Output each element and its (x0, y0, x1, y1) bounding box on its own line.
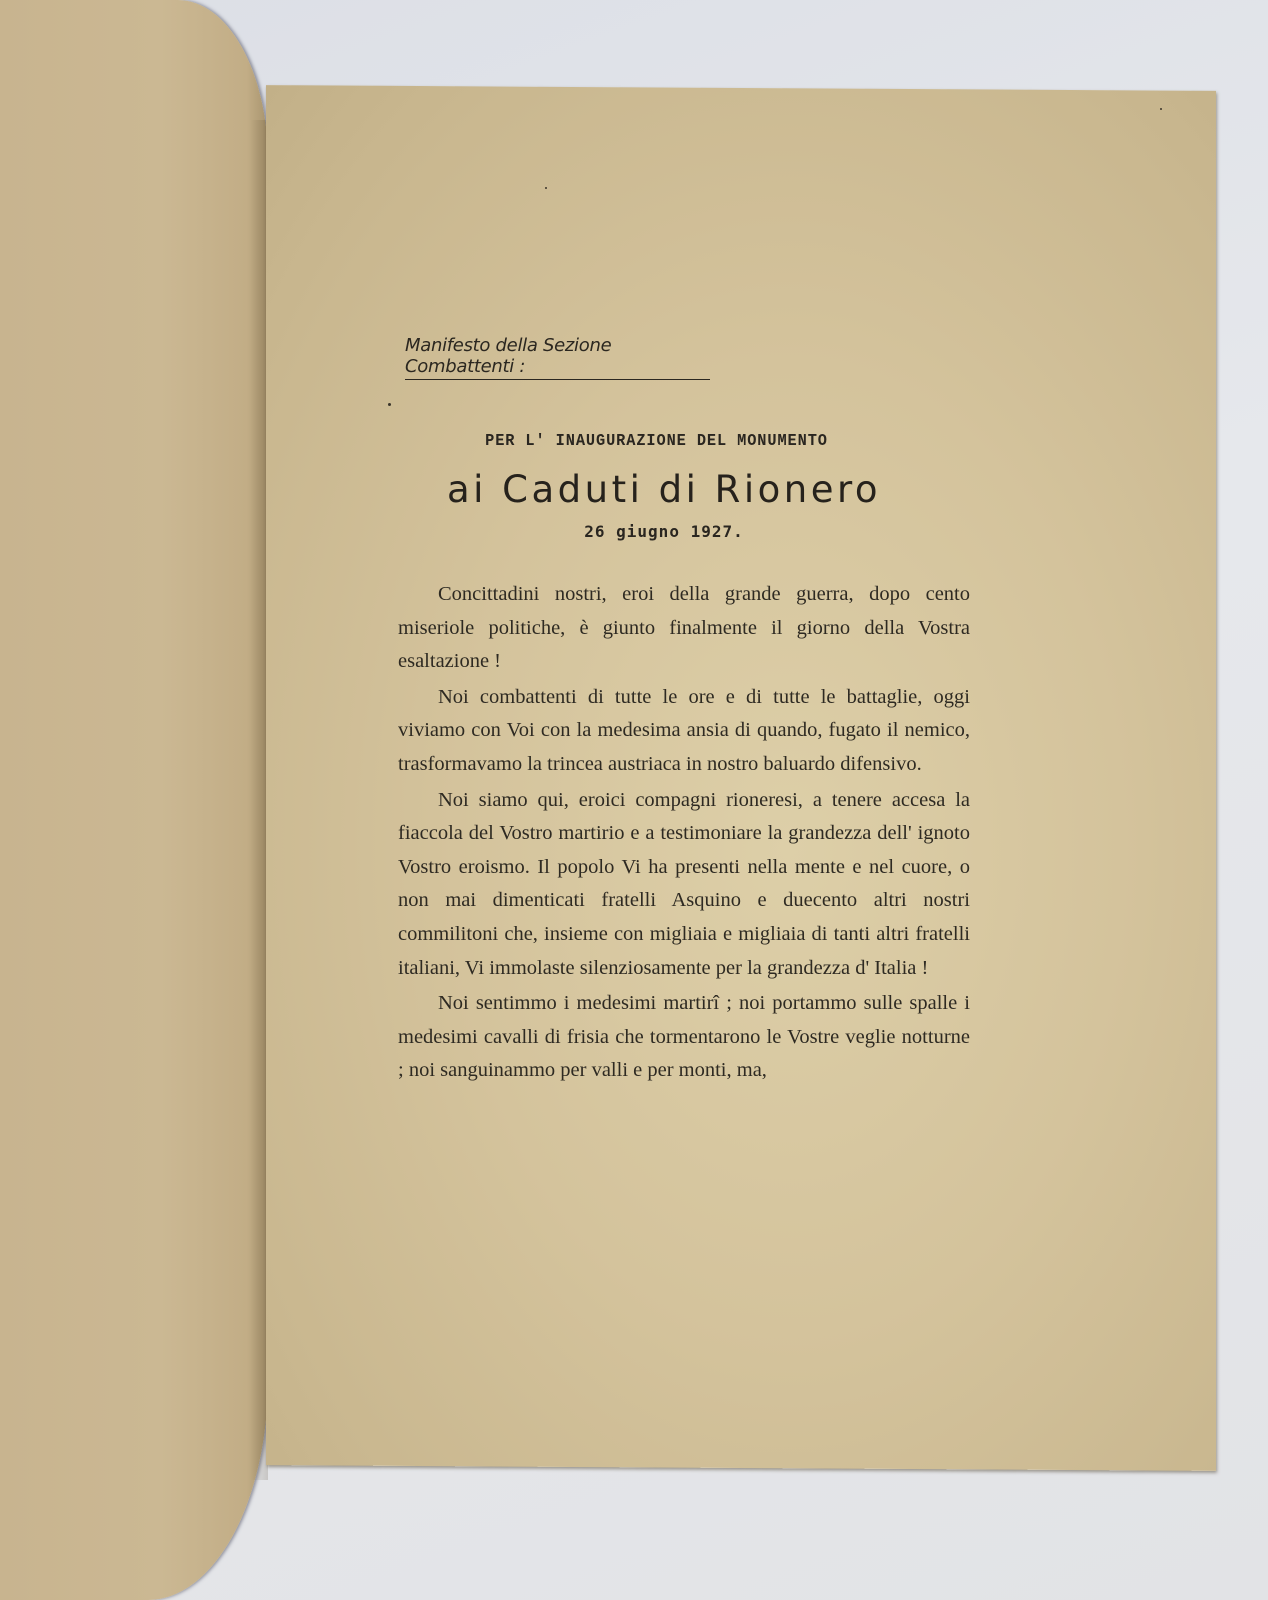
ink-speck (388, 403, 391, 406)
ink-speck (545, 187, 547, 189)
heading-inauguration: PER L' INAUGURAZIONE DEL MONUMENTO (63, 432, 1204, 451)
paragraph: Noi sentimmo i medesimi martirî ; noi po… (398, 987, 970, 1088)
left-page (0, 0, 268, 1600)
paragraph: Noi combattenti di tutte le ore e di tut… (398, 681, 970, 782)
heading-date: 26 giugno 1927. (0, 522, 1268, 541)
body-text: Concittadini nostri, eroi della grande g… (398, 578, 970, 1090)
ink-speck (1160, 108, 1162, 110)
manifesto-header: Manifesto della Sezione Combattenti : (405, 335, 710, 380)
heading-title: ai Caduti di Rionero (0, 468, 1268, 511)
paragraph: Noi siamo qui, eroici compagni rioneresi… (398, 784, 970, 986)
paragraph: Concittadini nostri, eroi della grande g… (398, 578, 970, 679)
